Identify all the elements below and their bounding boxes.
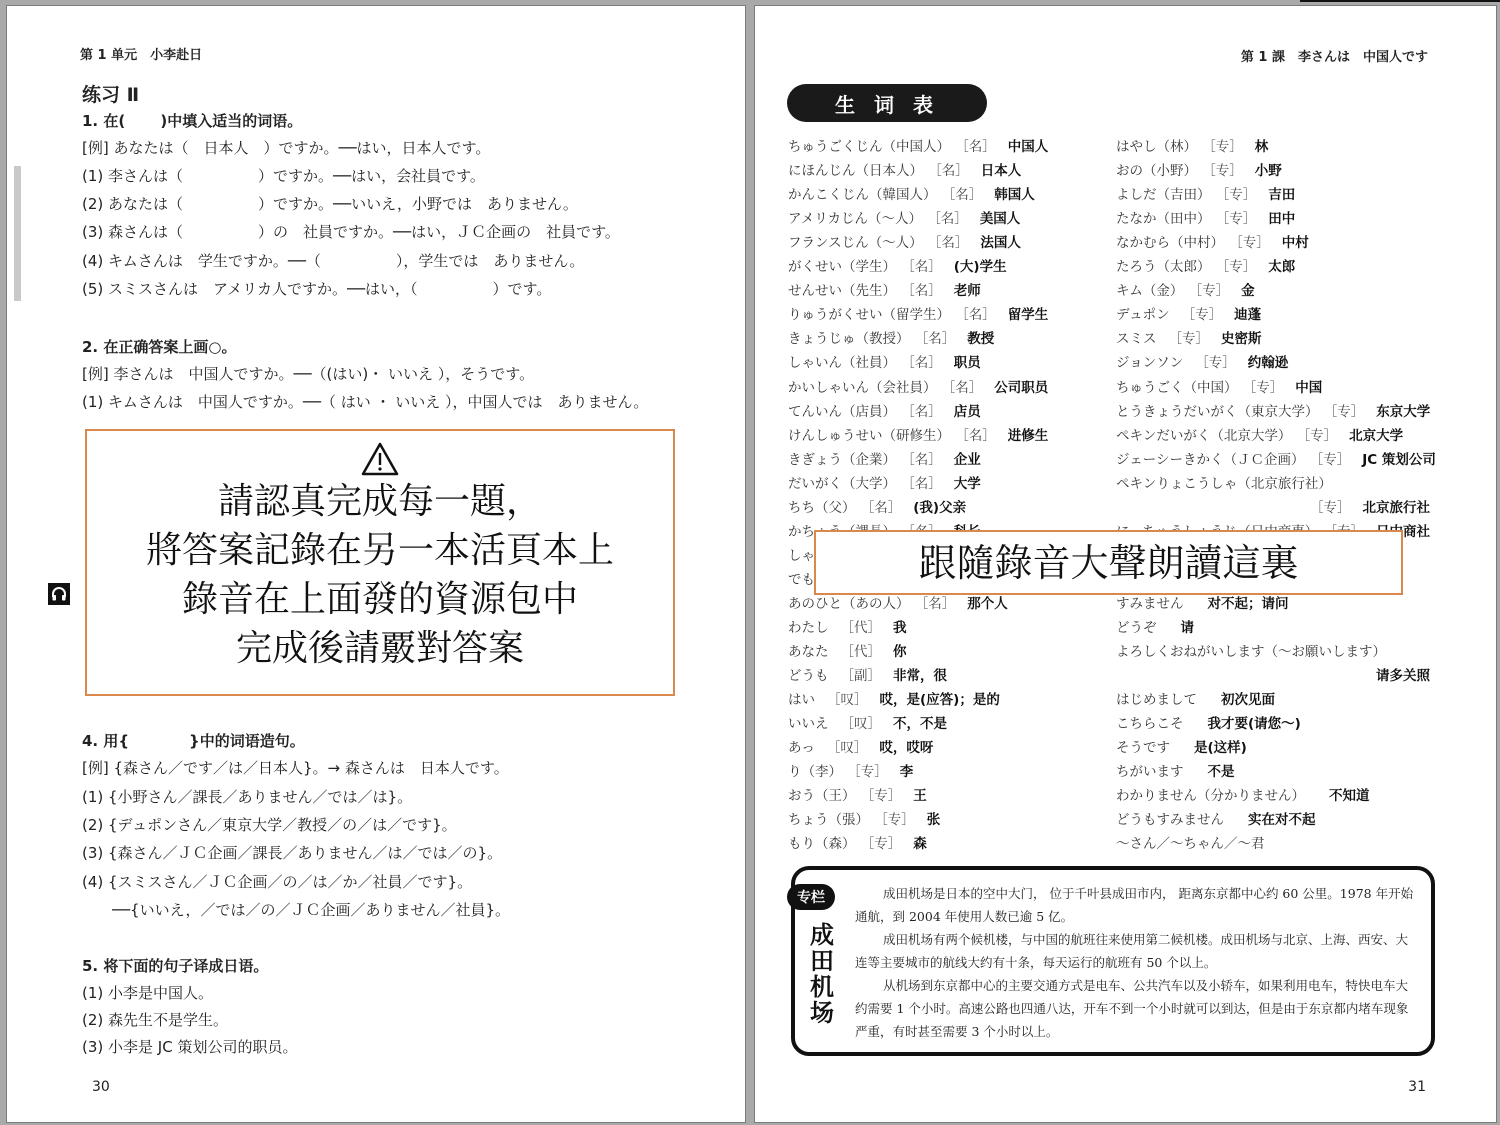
vocab-row: キム（金）［专］金	[1116, 279, 1255, 299]
vocab-mean: 中国	[1295, 380, 1322, 396]
exercise-1-line: (1) 李さんは（ ）ですか。──はい，会社員です。	[82, 169, 725, 184]
vocab-pos: ［专］	[1182, 307, 1223, 323]
column-text: 成田机场是日本的空中大门， 位于千叶县成田市内， 距离东京都中心约 60 公里。…	[855, 882, 1415, 1043]
vocab-kana: なかむら（中村）	[1116, 235, 1224, 251]
exercise-4-line: (4) {スミスさん／ＪＣ企画／の／は／か／社員／です}。	[82, 875, 725, 890]
vocab-pos: ［名］	[868, 500, 902, 516]
vocab-row: たろう（太郎）［专］太郎	[1116, 255, 1295, 275]
vocab-row: わたし［代］我	[788, 616, 907, 636]
vocab-mean: 小野	[1255, 163, 1282, 179]
vocab-kana: かんこくじん（韓国人）	[788, 187, 937, 203]
headphone-icon[interactable]	[48, 583, 70, 605]
exercise-1-line: (4) キムさんは 学生ですか。──（ ），学生では ありません。	[82, 254, 725, 269]
vocab-pos: ［叹］	[827, 692, 868, 708]
vocab-row: スミス［专］史密斯	[1116, 327, 1262, 347]
vocab-pos: ［专］	[1331, 404, 1365, 420]
vocab-mean: 哎，是(应答)；是的	[880, 692, 1000, 708]
vocab-mean: 中国人	[1008, 139, 1049, 155]
vocab-row: どうぞ请	[1116, 616, 1194, 636]
vocab-row: かんこくじん（韓国人）［名］韩国人	[788, 183, 1035, 203]
vocab-kana: どうもすみません	[1116, 812, 1224, 828]
vocab-mean: 教授	[967, 331, 994, 347]
vocab-mean: 北京大学	[1349, 428, 1403, 444]
vocab-row: ちち（父）［名］(我)父亲	[788, 496, 966, 516]
read-aloud-overlay: 跟隨錄音大聲朗讀這裏	[814, 530, 1403, 595]
vocab-mean: 张	[927, 812, 941, 828]
warning-line: 完成後請覈對答案	[87, 624, 673, 673]
vocab-pos: ［专］	[1310, 500, 1351, 516]
vocab-row: よしだ（吉田）［专］吉田	[1116, 183, 1295, 203]
vocab-mean: 太郎	[1268, 259, 1295, 275]
vocab-pos: ［专］	[1236, 235, 1270, 251]
vocab-kana: フランスじん（～人）	[788, 235, 923, 251]
column-title: 成田机场	[809, 922, 835, 1026]
vocab-row: けんしゅうせい（研修生）［名］进修生	[788, 424, 1048, 444]
vocab-kana: ちゅうごく（中国）	[1116, 380, 1238, 396]
vocab-kana: り（李）	[788, 764, 842, 780]
vocab-pos: ［名］	[949, 380, 983, 396]
vocab-row: あっ［叹］哎，哎呀	[788, 736, 933, 756]
exercise-5-line: (1) 小李是中国人。	[82, 986, 725, 1001]
vocab-row: しゃいん（社員）［名］职员	[788, 351, 981, 371]
vocab-mean: 日本人	[981, 163, 1022, 179]
warning-line: 錄音在上面發的資源包中	[87, 575, 673, 624]
vocab-mean: 法国人	[980, 235, 1021, 251]
vocab-pos: ［名］	[962, 139, 996, 155]
vocab-mean: 职员	[954, 355, 981, 371]
vocab-pos: ［名］	[908, 404, 942, 420]
vocab-row: そうです是(这样)	[1116, 736, 1247, 756]
vocab-pos: ［专］	[1223, 211, 1257, 227]
exercise-2-title: 2. 在正确答案上画○。	[82, 340, 725, 355]
vocab-mean: 林	[1255, 139, 1269, 155]
vocab-pos: ［专］	[1223, 259, 1257, 275]
vocab-kana: スミス	[1116, 331, 1157, 347]
vocab-kana: ジェーシーきかく（ＪＣ企画）	[1116, 452, 1304, 468]
vocab-row: ちゅうごくじん（中国人）［名］中国人	[788, 135, 1048, 155]
vocab-kana: あっ	[788, 740, 815, 756]
vocab-kana: とうきょうだいがく（東京大学）	[1116, 404, 1319, 420]
vocab-mean: 请	[1181, 620, 1195, 636]
exercise-1-line: (5) スミスさんは アメリカ人ですか。──はい，（ ）です。	[82, 282, 725, 297]
vocab-row: ジョンソン［专］约翰逊	[1116, 351, 1288, 371]
vocab-kana: もり（森）	[788, 836, 856, 852]
vocab-row: いいえ［叹］不，不是	[788, 712, 947, 732]
vocab-kana: だいがく（大学）	[788, 476, 896, 492]
vocab-row: ジェーシーきかく（ＪＣ企画）［专］JC 策划公司	[1116, 448, 1436, 468]
vocab-kana: デュポン	[1116, 307, 1170, 323]
warning-line: 請認真完成每一題，	[87, 477, 673, 526]
vocab-mean: 王	[913, 788, 927, 804]
vocab-kana: けんしゅうせい（研修生）	[788, 428, 950, 444]
vocab-row: きょうじゅ（教授）［名］教授	[788, 327, 994, 347]
vocab-row: きぎょう（企業）［名］企业	[788, 448, 981, 468]
left-running-head: 第 1 单元 小李赴日	[80, 44, 202, 63]
column-paragraph: 从机场到东京都中心的主要交通方式是电车、公共汽车以及小轿车，如果利用电车，特快电…	[855, 974, 1415, 1043]
exercise-1-line: [例] あなたは（ 日本人 ）ですか。──はい，日本人です。	[82, 141, 725, 156]
vocab-mean: 不知道	[1329, 788, 1370, 804]
vocab-pos: ［副］	[841, 668, 882, 684]
exercise-2-line: (1) キムさんは 中国人ですか。──（ はい ・ いいえ ），中国人では あり…	[82, 395, 725, 410]
vocab-mean: 留学生	[1008, 307, 1049, 323]
vocab-mean: 不，不是	[893, 716, 947, 732]
vocab-kana: あのひと（あの人）	[788, 596, 910, 612]
vocab-mean: 不是	[1208, 764, 1235, 780]
vocab-mean: 史密斯	[1221, 331, 1262, 347]
vocab-mean: 初次见面	[1221, 692, 1275, 708]
vocab-pos: ［专］	[868, 836, 902, 852]
vocab-mean: 企业	[954, 452, 981, 468]
vocab-mean: 老师	[954, 283, 981, 299]
exercise-5-line: (2) 森先生不是学生。	[82, 1013, 725, 1028]
vocab-row: わかりません（分かりません）不知道	[1116, 784, 1370, 804]
exercise-5-title: 5. 将下面的句子译成日语。	[82, 959, 725, 974]
vocab-pos: ［名］	[935, 163, 969, 179]
vocab-kana: しゃ	[788, 548, 815, 564]
page-edge-marker	[14, 166, 21, 301]
vocab-row: ［专］北京旅行社	[1298, 496, 1430, 516]
vocab-pos: ［专］	[1250, 380, 1284, 396]
vocab-row: どうも［副］非常，很	[788, 664, 947, 684]
vocab-kana: りゅうがくせい（留学生）	[788, 307, 950, 323]
vocab-kana: よしだ（吉田）	[1116, 187, 1211, 203]
vocab-kana: あなた	[788, 644, 829, 660]
vocab-kana: キム（金）	[1116, 283, 1183, 299]
vocab-row: 请多关照	[1352, 664, 1430, 684]
exercise-4-line: (1) {小野さん／課長／ありません／では／は}。	[82, 790, 725, 805]
vocab-pos: ［名］	[908, 283, 942, 299]
vocab-pos: ［名］	[908, 355, 942, 371]
vocab-pos: ［专］	[868, 788, 902, 804]
vocab-kana: ちがいます	[1116, 764, 1184, 780]
vocab-row: あなた［代］你	[788, 640, 907, 660]
vocab-row: ペキンりょこうしゃ（北京旅行社）	[1116, 472, 1356, 492]
vocab-mean: 中村	[1282, 235, 1309, 251]
vocab-kana: わたし	[788, 620, 829, 636]
column-paragraph: 成田机场有两个候机楼，与中国的航班往来使用第二候机楼。成田机场与北京、上海、西安…	[855, 928, 1415, 974]
vocab-mean: 东京大学	[1376, 404, 1430, 420]
vocab-kana: でも	[788, 572, 815, 588]
vocab-kana: いいえ	[788, 716, 829, 732]
vocab-row: はやし（林）［专］林	[1116, 135, 1268, 155]
vocab-mean: 公司职员	[994, 380, 1048, 396]
vocab-pos: ［名］	[935, 235, 969, 251]
vocab-row: なかむら（中村）［专］中村	[1116, 231, 1309, 251]
vocab-pos: ［名］	[949, 187, 983, 203]
vocab-pos: ［专］	[1169, 331, 1210, 347]
vocab-mean: 是(这样)	[1194, 740, 1247, 756]
vocab-kana: にほんじん（日本人）	[788, 163, 923, 179]
vocab-row: り（李）［专］李	[788, 760, 913, 780]
vocab-row: りゅうがくせい（留学生）［名］留学生	[788, 303, 1048, 323]
vocab-kana: たなか（田中）	[1116, 211, 1211, 227]
vocab-row: よろしくおねがいします（～お願いします）	[1116, 640, 1410, 660]
vocab-pos: ［名］	[908, 452, 942, 468]
vocab-kana: はい	[788, 692, 815, 708]
warning-triangle-icon	[360, 441, 400, 477]
vocab-mean: 进修生	[1008, 428, 1049, 444]
vocab-pos: ［专］	[1303, 428, 1337, 444]
vocab-pos: ［名］	[922, 596, 956, 612]
vocab-row: はい［叹］哎，是(应答)；是的	[788, 688, 1000, 708]
vocab-pos: ［名］	[934, 211, 968, 227]
vocab-kana: おう（王）	[788, 788, 856, 804]
vocab-row: せんせい（先生）［名］老师	[788, 279, 981, 299]
vocab-pos: ［名］	[908, 259, 942, 275]
vocabulary-title: 生 词 表	[787, 84, 987, 122]
vocab-mean: JC 策划公司	[1362, 452, 1436, 468]
vocab-mean: 我才要(请您～)	[1208, 716, 1301, 732]
right-running-head: 第 1 課 李さんは 中国人です	[1241, 46, 1428, 65]
exercise-4-title: 4. 用{ }中的词语造句。	[82, 734, 725, 749]
exercise-1-title: 1. 在( )中填入适当的词语。	[82, 114, 725, 129]
column-box: 专栏 成田机场 成田机场是日本的空中大门， 位于千叶县成田市内， 距离东京都中心…	[791, 866, 1435, 1056]
vocab-mean: 我	[893, 620, 907, 636]
vocab-row: だいがく（大学）［名］大学	[788, 472, 981, 492]
warning-overlay: 請認真完成每一題， 將答案記錄在另一本活頁本上 錄音在上面發的資源包中 完成後請…	[85, 429, 675, 696]
vocab-mean: 哎，哎呀	[879, 740, 933, 756]
vocab-row: アメリカじん（～人）［名］美国人	[788, 207, 1020, 227]
vocab-pos: ［专］	[1195, 355, 1236, 371]
vocab-pos: ［叹］	[827, 740, 868, 756]
vocab-kana: そうです	[1116, 740, 1170, 756]
warning-line: 將答案記錄在另一本活頁本上	[87, 526, 673, 575]
vocab-kana: きょうじゅ（教授）	[788, 331, 910, 347]
vocab-row: かいしゃいん（会社員）［名］公司职员	[788, 376, 1048, 396]
vocab-row: たなか（田中）［专］田中	[1116, 207, 1295, 227]
vocab-mean: 实在对不起	[1248, 812, 1316, 828]
vocab-kana: ジョンソン	[1116, 355, 1183, 371]
vocab-row: ペキンだいがく（北京大学）［专］北京大学	[1116, 424, 1403, 444]
vocab-kana: こちらこそ	[1116, 716, 1184, 732]
vocab-mean: (大)学生	[954, 259, 1007, 275]
vocab-mean: 请多关照	[1376, 668, 1430, 684]
vocab-mean: 约翰逊	[1248, 355, 1289, 371]
vocab-pos: ［专］	[1209, 163, 1243, 179]
vocab-row: ～さん／～ちゃん／～君	[1116, 832, 1289, 852]
vocab-mean: 店员	[954, 404, 981, 420]
exercise-4-line: (3) {森さん／ＪＣ企画／課長／ありません／は／では／の}。	[82, 846, 725, 861]
vocab-kana: すみません	[1116, 596, 1184, 612]
vocab-kana: わかりません（分かりません）	[1116, 788, 1305, 804]
vocab-mean: 迪蓬	[1234, 307, 1261, 323]
vocab-row: はじめまして初次见面	[1116, 688, 1275, 708]
exercise-1-line: (2) あなたは（ ）ですか。──いいえ，小野では ありません。	[82, 197, 725, 212]
vocab-row: てんいん（店員）［名］店员	[788, 400, 981, 420]
window-top-strip	[1300, 0, 1500, 2]
vocab-row: がくせい（学生）［名］(大)学生	[788, 255, 1007, 275]
vocab-kana: たろう（太郎）	[1116, 259, 1211, 275]
vocab-row: ちがいます不是	[1116, 760, 1235, 780]
vocab-kana: ちち（父）	[788, 500, 856, 516]
vocab-mean: 韩国人	[994, 187, 1035, 203]
vocab-pos: ［专］	[1316, 452, 1350, 468]
exercise-5-line: (3) 小李是 JC 策划公司的职员。	[82, 1040, 725, 1055]
vocab-row: こちらこそ我才要(请您～)	[1116, 712, 1301, 732]
vocab-pos: ［名］	[908, 476, 942, 492]
vocab-pos: ［名］	[962, 428, 996, 444]
vocab-mean: 非常，很	[893, 668, 947, 684]
vocab-row: にほんじん（日本人）［名］日本人	[788, 159, 1021, 179]
right-page-number: 31	[1408, 1079, 1426, 1095]
vocab-kana: どうぞ	[1116, 620, 1157, 636]
vocab-pos: ［专］	[1209, 139, 1243, 155]
vocab-row: おう（王）［专］王	[788, 784, 927, 804]
exercise-4-line: ──{いいえ，／では／の／ＪＣ企画／ありません／社員}。	[82, 903, 725, 918]
vocab-mean: 大学	[954, 476, 981, 492]
vocab-row: フランスじん（～人）［名］法国人	[788, 231, 1021, 251]
exercise-2-line: [例] 李さんは 中国人ですか。──（(はい)・ いいえ ），そうです。	[82, 367, 725, 382]
vocab-mean: 你	[893, 644, 907, 660]
vocab-kana: がくせい（学生）	[788, 259, 896, 275]
vocab-pos: ［专］	[881, 812, 915, 828]
vocab-row: とうきょうだいがく（東京大学）［专］东京大学	[1116, 400, 1430, 420]
section-title: 练习 Ⅱ	[82, 80, 139, 107]
vocab-kana: おの（小野）	[1116, 163, 1197, 179]
vocab-pos: ［代］	[841, 620, 882, 636]
vocab-kana: ペキンだいがく（北京大学）	[1116, 428, 1291, 444]
vocab-mean: 对不起；请问	[1208, 596, 1289, 612]
vocab-row: おの（小野）［专］小野	[1116, 159, 1282, 179]
vocab-mean: 金	[1241, 283, 1255, 299]
exercise-4-line: [例] {森さん／です／は／日本人}。→ 森さんは 日本人です。	[82, 761, 725, 776]
vocab-row: どうもすみません实在对不起	[1116, 808, 1316, 828]
vocab-kana: ちゅうごくじん（中国人）	[788, 139, 950, 155]
vocab-mean: 田中	[1268, 211, 1295, 227]
vocab-kana: よろしくおねがいします（～お願いします）	[1116, 644, 1386, 660]
vocab-kana: どうも	[788, 668, 829, 684]
vocab-row: もり（森）［专］森	[788, 832, 927, 852]
vocab-pos: ［叹］	[841, 716, 882, 732]
vocab-kana: はやし（林）	[1116, 139, 1197, 155]
vocab-row: ちゅうごく（中国）［专］中国	[1116, 376, 1322, 396]
vocab-mean: 美国人	[980, 211, 1021, 227]
vocab-kana: アメリカじん（～人）	[788, 211, 922, 227]
column-badge: 专栏	[787, 884, 835, 910]
vocab-mean: 那个人	[967, 596, 1008, 612]
vocab-pos: ［专］	[1195, 283, 1229, 299]
vocab-kana: かいしゃいん（会社員）	[788, 380, 937, 396]
vocab-pos: ［专］	[854, 764, 888, 780]
vocab-row: ちょう（張）［专］张	[788, 808, 940, 828]
vocab-mean: 吉田	[1268, 187, 1295, 203]
vocab-mean: 北京旅行社	[1363, 500, 1431, 516]
vocab-kana: はじめまして	[1116, 692, 1197, 708]
vocab-pos: ［代］	[841, 644, 882, 660]
column-paragraph: 成田机场是日本的空中大门， 位于千叶县成田市内， 距离东京都中心约 60 公里。…	[855, 882, 1415, 928]
exercise-4-line: (2) {デュポンさん／東京大学／教授／の／は／です}。	[82, 818, 725, 833]
vocab-kana: ペキンりょこうしゃ（北京旅行社）	[1116, 476, 1332, 492]
vocab-kana: きぎょう（企業）	[788, 452, 896, 468]
left-page-number: 30	[92, 1079, 110, 1095]
vocab-row: デュポン［专］迪蓬	[1116, 303, 1261, 323]
vocab-mean: 李	[900, 764, 914, 780]
vocab-mean: (我)父亲	[913, 500, 966, 516]
vocab-pos: ［名］	[962, 307, 996, 323]
vocab-mean: 森	[913, 836, 927, 852]
vocab-pos: ［专］	[1223, 187, 1257, 203]
vocab-kana: てんいん（店員）	[788, 404, 896, 420]
vocab-kana: せんせい（先生）	[788, 283, 896, 299]
vocab-kana: ～さん／～ちゃん／～君	[1116, 836, 1265, 852]
exercise-1-line: (3) 森さんは（ ）の 社員ですか。──はい，ＪＣ企画の 社員です。	[82, 225, 725, 240]
vocab-pos: ［名］	[922, 331, 956, 347]
vocab-kana: しゃいん（社員）	[788, 355, 896, 371]
vocab-kana: ちょう（張）	[788, 812, 869, 828]
